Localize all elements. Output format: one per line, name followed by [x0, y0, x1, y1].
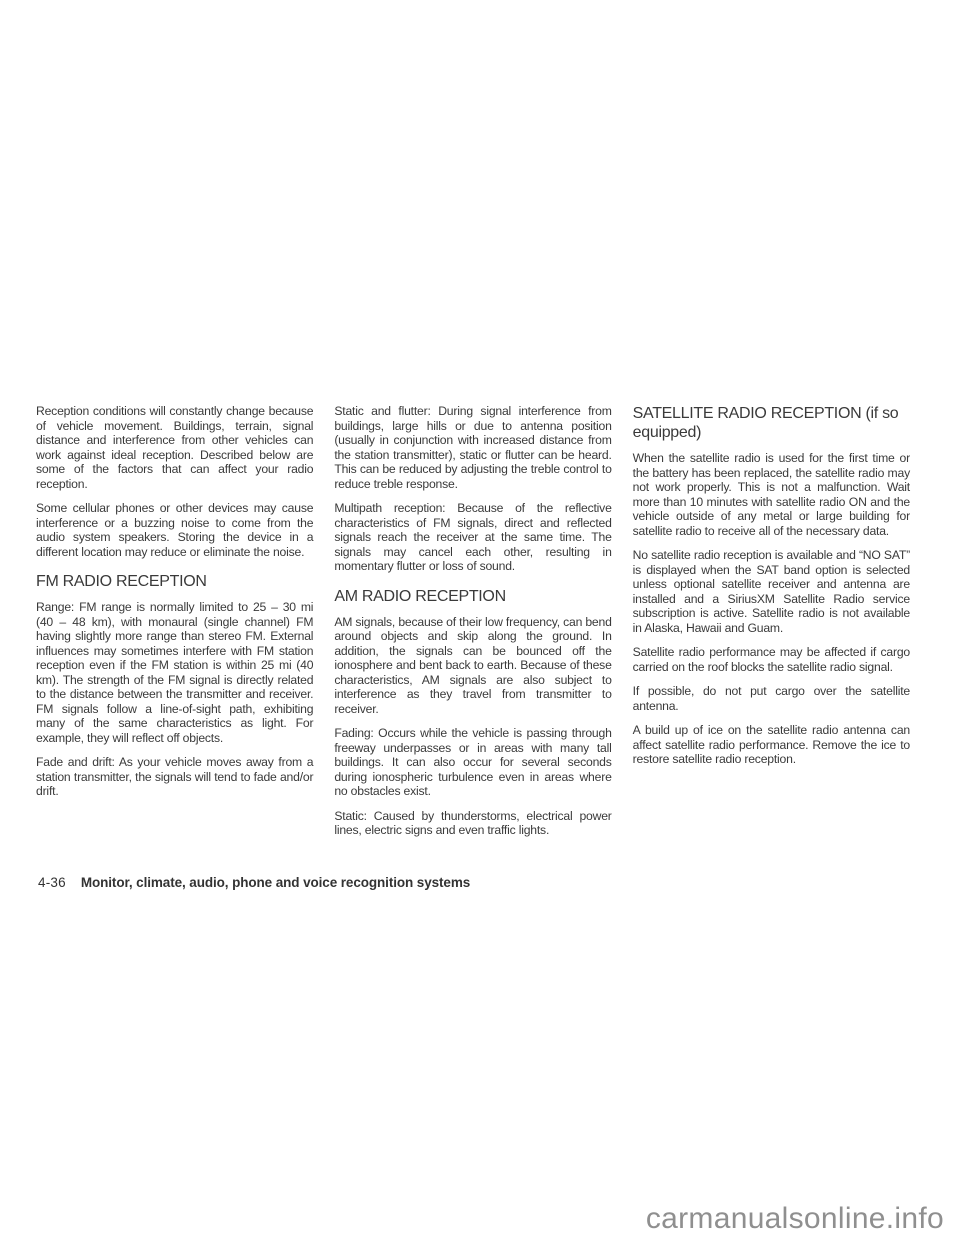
paragraph-static: Static: Caused by thunderstorms, electri…	[334, 809, 611, 838]
section-heading-satellite-radio-reception: SATELLITE RADIO RECEPTION (if so equippe…	[633, 404, 910, 442]
paragraph-satellite-ice: A build up of ice on the satellite radio…	[633, 723, 910, 767]
column-middle: Static and flutter: During signal interf…	[334, 404, 611, 848]
column-left: Reception conditions will constantly cha…	[36, 404, 313, 848]
paragraph-satellite-cargo-roof: Satellite radio performance may be affec…	[633, 645, 910, 674]
paragraph-static-and-flutter: Static and flutter: During signal interf…	[334, 404, 611, 491]
paragraph-multipath-reception: Multipath reception: Because of the refl…	[334, 501, 611, 574]
page-footer: 4-36Monitor, climate, audio, phone and v…	[38, 875, 470, 891]
watermark-text: carmanualsonline.info	[646, 1202, 944, 1236]
paragraph-reception-conditions: Reception conditions will constantly cha…	[36, 404, 313, 491]
page-number: 4-36	[38, 875, 66, 890]
column-right: SATELLITE RADIO RECEPTION (if so equippe…	[633, 404, 910, 848]
paragraph-fm-range: Range: FM range is normally limited to 2…	[36, 600, 313, 745]
content-columns: Reception conditions will constantly cha…	[36, 404, 910, 848]
paragraph-no-sat-display: No satellite radio reception is availabl…	[633, 548, 910, 635]
section-heading-am-radio-reception: AM RADIO RECEPTION	[334, 587, 611, 606]
chapter-title: Monitor, climate, audio, phone and voice…	[81, 875, 470, 890]
paragraph-am-signals: AM signals, because of their low frequen…	[334, 615, 611, 717]
paragraph-satellite-cargo-antenna: If possible, do not put cargo over the s…	[633, 684, 910, 713]
paragraph-fade-and-drift: Fade and drift: As your vehicle moves aw…	[36, 755, 313, 799]
section-heading-fm-radio-reception: FM RADIO RECEPTION	[36, 572, 313, 591]
paragraph-satellite-first-time: When the satellite radio is used for the…	[633, 451, 910, 538]
paragraph-cellular-interference: Some cellular phones or other devices ma…	[36, 501, 313, 559]
manual-page: Reception conditions will constantly cha…	[0, 0, 960, 1242]
paragraph-fading: Fading: Occurs while the vehicle is pass…	[334, 726, 611, 799]
